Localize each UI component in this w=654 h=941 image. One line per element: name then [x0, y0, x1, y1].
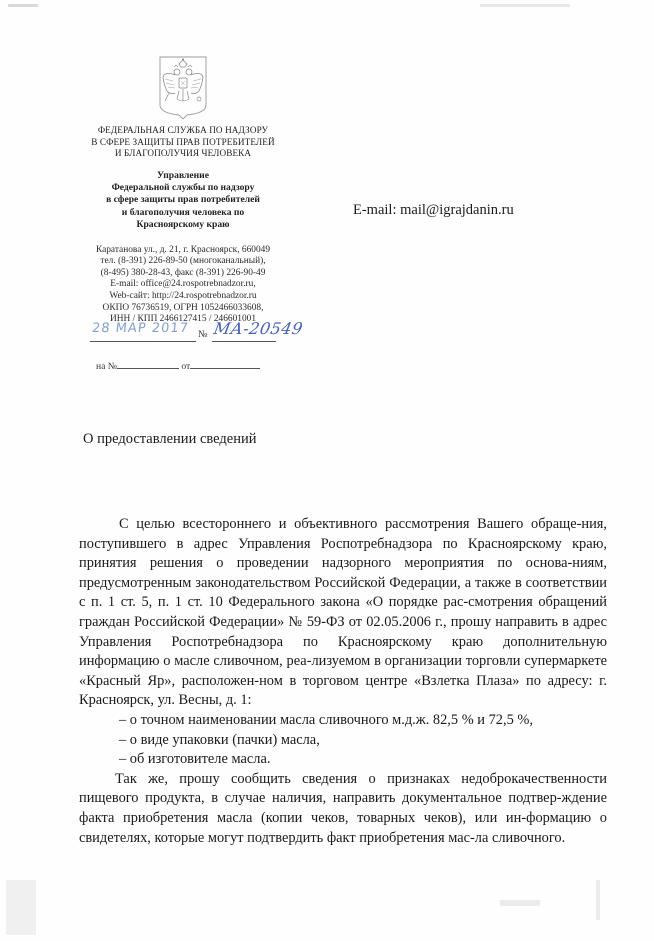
reference-number-blank	[117, 359, 179, 369]
requested-info-list: – о точном наименовании масла сливочного…	[79, 711, 607, 770]
reference-date-blank	[190, 359, 260, 369]
agency-name: ФЕДЕРАЛЬНАЯ СЛУЖБА ПО НАДЗОРУ В СФЕРЕ ЗА…	[78, 125, 288, 160]
body-paragraph: С целью всестороннего и объективного рас…	[79, 515, 607, 711]
address-line: Каратанова ул., д. 21, г. Красноярск, 66…	[78, 245, 288, 257]
department-line: Управление	[78, 170, 288, 182]
scan-artifact	[6, 880, 36, 935]
letter-body: С целью всестороннего и объективного рас…	[79, 515, 607, 848]
scan-artifact	[480, 4, 570, 7]
department-line: в сфере защиты прав потребителей	[78, 194, 288, 206]
reference-from-label: от	[181, 361, 190, 372]
agency-line: ФЕДЕРАЛЬНАЯ СЛУЖБА ПО НАДЗОРУ	[78, 125, 288, 137]
agency-line: В СФЕРЕ ЗАЩИТЫ ПРАВ ПОТРЕБИТЕЛЕЙ	[78, 137, 288, 149]
scan-artifact	[596, 880, 600, 920]
recipient-email: E-mail: mail@igrajdanin.ru	[353, 202, 514, 219]
agency-line: И БЛАГОПОЛУЧИЯ ЧЕЛОВЕКА	[78, 148, 288, 160]
reference-on-label: на №	[96, 361, 117, 372]
number-label: №	[198, 329, 208, 340]
department-name: Управление Федеральной службы по надзору…	[78, 170, 288, 232]
letterhead: ФЕДЕРАЛЬНАЯ СЛУЖБА ПО НАДЗОРУ В СФЕРЕ ЗА…	[78, 55, 288, 372]
scan-artifact	[8, 4, 38, 7]
email-line: E-mail: office@24.rospotrebnadzor.ru,	[78, 279, 288, 291]
body-paragraph: Так же, прошу сообщить сведения о призна…	[79, 770, 607, 848]
list-item: – о виде упаковки (пачки) масла,	[79, 731, 607, 751]
registration-line: 28 МАР 2017 № МА-20549	[78, 327, 288, 349]
scan-artifact	[500, 900, 540, 906]
letter-subject: О предоставлении сведений	[83, 431, 257, 448]
department-line: Федеральной службы по надзору	[78, 182, 288, 194]
department-line: Красноярскому краю	[78, 219, 288, 231]
website-line: Web-сайт: http://24.rospotrebnadzor.ru	[78, 291, 288, 303]
number-underline	[212, 341, 276, 342]
phone-line: тел. (8-391) 226-89-50 (многоканальный),	[78, 256, 288, 268]
list-item: – об изготовителе масла.	[79, 750, 607, 770]
document-page: ФЕДЕРАЛЬНАЯ СЛУЖБА ПО НАДЗОРУ В СФЕРЕ ЗА…	[0, 0, 654, 941]
department-line: и благополучия человека по	[78, 207, 288, 219]
phone-fax-line: (8-495) 380-28-43, факс (8-391) 226-90-4…	[78, 268, 288, 280]
contact-details: Каратанова ул., д. 21, г. Красноярск, 66…	[78, 245, 288, 326]
reference-line: на № от	[78, 359, 288, 372]
list-item: – о точном наименовании масла сливочного…	[79, 711, 607, 731]
russian-coat-of-arms-icon	[157, 55, 209, 121]
outgoing-number: МА-20549	[212, 319, 304, 338]
date-stamp: 28 МАР 2017	[91, 321, 189, 336]
date-underline	[90, 341, 196, 342]
okpo-ogrn-line: ОКПО 76736519, ОГРН 1052466033608,	[78, 303, 288, 315]
